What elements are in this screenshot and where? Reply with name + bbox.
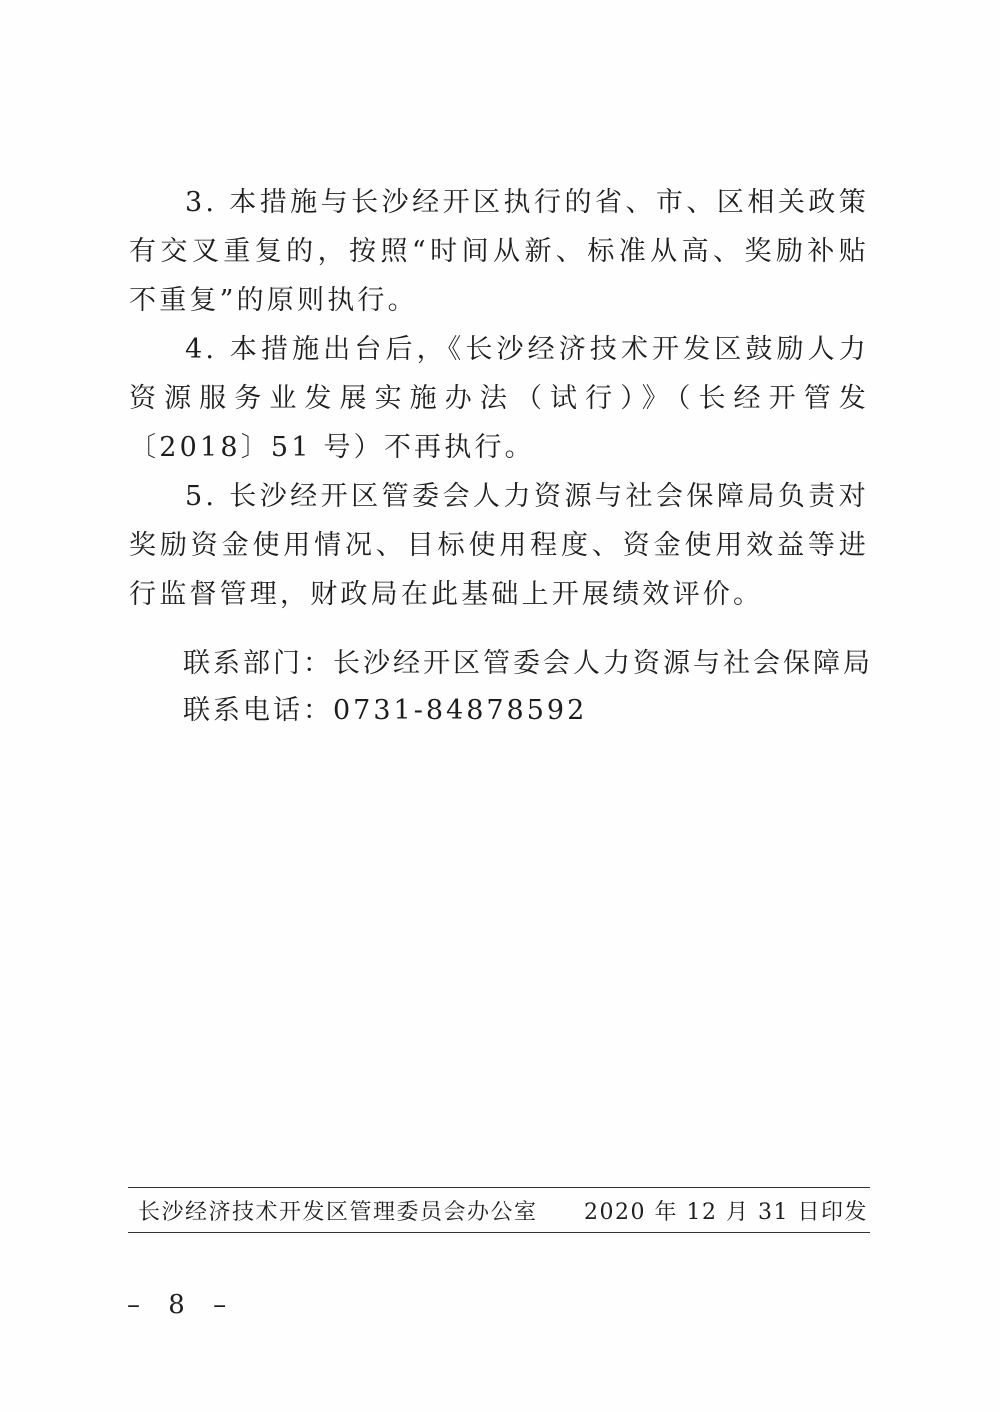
issuer-name: 长沙经济技术开发区管理委员会办公室 <box>138 1195 538 1226</box>
contact-phone-label: 联系电话： <box>183 695 333 726</box>
contact-phone: 联系电话：0731-84878592 <box>183 687 873 734</box>
contact-department: 联系部门：长沙经开区管委会人力资源与社会保障局 <box>183 640 873 687</box>
paragraph-item-5: 5. 长沙经开区管委会人力资源与社会保障局负责对奖励资金使用情况、目标使用程度、… <box>129 472 869 619</box>
contact-phone-value: 0731-84878592 <box>333 695 587 726</box>
issue-date: 2020 年 12 月 31 日印发 <box>584 1195 868 1226</box>
paragraph-item-3: 3. 本措施与长沙经开区执行的省、市、区相关政策有交叉重复的，按照“时间从新、标… <box>129 178 869 325</box>
paragraph-item-4: 4. 本措施出台后，《长沙经济技术开发区鼓励人力资源服务业发展实施办法（试行）》… <box>129 325 869 472</box>
page-number: – 8 – <box>127 1290 236 1320</box>
issuance-footer: 长沙经济技术开发区管理委员会办公室 2020 年 12 月 31 日印发 <box>128 1187 870 1233</box>
document-body: 3. 本措施与长沙经开区执行的省、市、区相关政策有交叉重复的，按照“时间从新、标… <box>129 178 869 619</box>
document-page: 3. 本措施与长沙经开区执行的省、市、区相关政策有交叉重复的，按照“时间从新、标… <box>0 0 1000 1412</box>
contact-info: 联系部门：长沙经开区管委会人力资源与社会保障局 联系电话：0731-848785… <box>183 640 873 734</box>
contact-department-value: 长沙经开区管委会人力资源与社会保障局 <box>333 648 873 679</box>
contact-department-label: 联系部门： <box>183 648 333 679</box>
